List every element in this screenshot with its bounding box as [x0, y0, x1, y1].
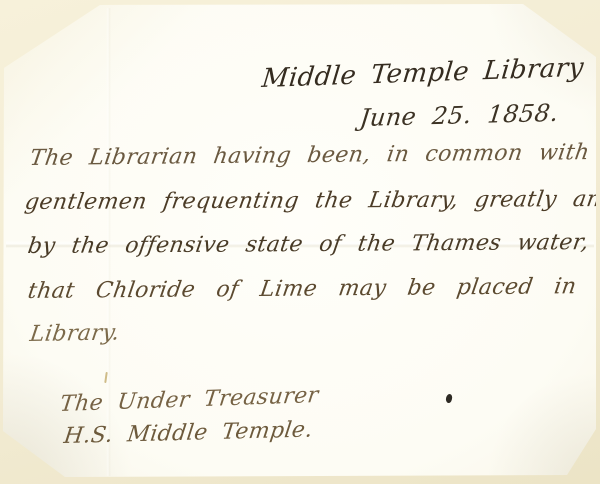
letter-paper: Middle Temple Library June 25. 1858. The… [0, 0, 600, 484]
letterhead-date: June 25. 1858. [358, 99, 560, 132]
pen-tick-mark [104, 372, 108, 383]
body-line-3: by the offensive state of the Thames wat… [26, 229, 600, 259]
body-line-5: Library. [28, 320, 121, 347]
ink-blot [445, 393, 453, 403]
signature-line-1: The Under Treasurer [58, 383, 320, 417]
scanned-letter: Middle Temple Library June 25. 1858. The… [0, 0, 600, 484]
letterhead-location: Middle Temple Library [261, 53, 586, 94]
body-line-2: gentlemen frequenting the Library, great… [23, 187, 600, 215]
body-line-4: that Chloride of Lime may be placed in t… [26, 274, 600, 304]
body-line-1: The Librarian having been, in common wit… [28, 140, 600, 171]
signature-line-2: H.S. Middle Temple. [62, 417, 314, 449]
